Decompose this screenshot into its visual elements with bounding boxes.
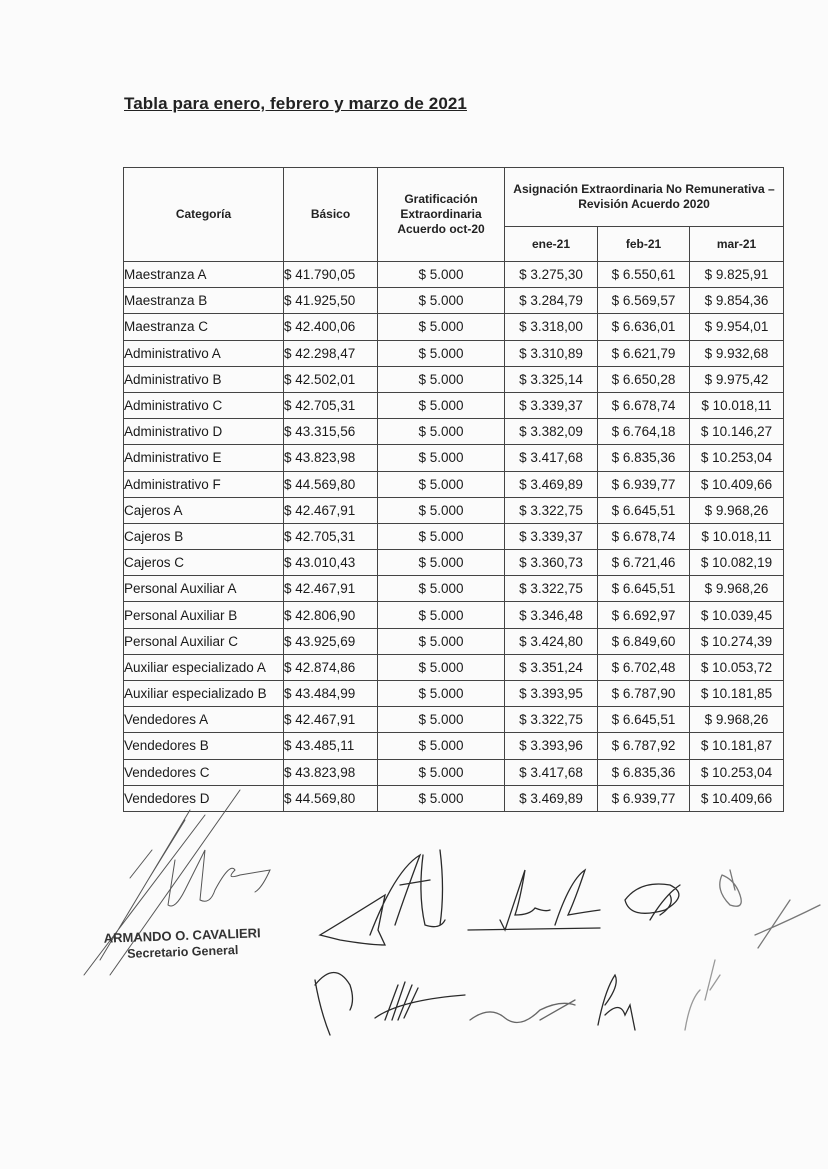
signature-9 [598, 975, 635, 1030]
signature-stamp: ARMANDO O. CAVALIERI Secretario General [103, 925, 261, 962]
signatures [0, 0, 828, 1169]
signature-6 [315, 973, 353, 1036]
signature-3 [468, 870, 600, 930]
signature-5 [720, 870, 820, 948]
signature-4 [625, 884, 680, 920]
signature-7 [375, 982, 465, 1020]
signature-10 [685, 960, 720, 1030]
signature-8 [470, 1000, 575, 1023]
signature-2 [320, 850, 445, 945]
